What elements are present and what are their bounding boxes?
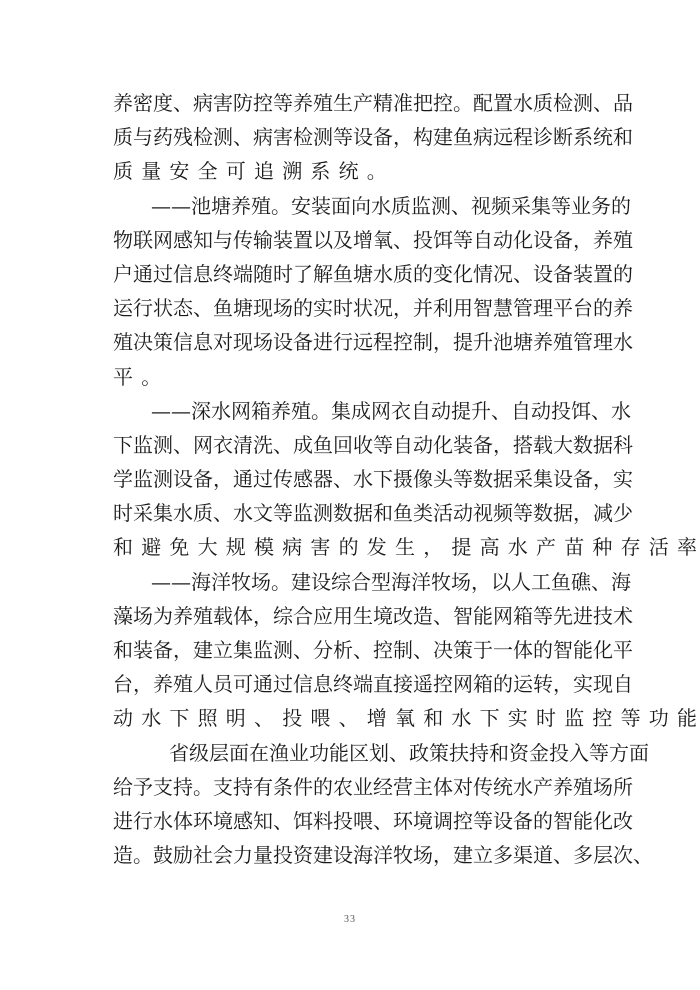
paragraph-intro-continuation: 养密度、病害防控等养殖生产精准把控。配置水质检测、品 质与药残检测、病害检测等设… [113,86,595,189]
document-page: 养密度、病害防控等养殖生产精准把控。配置水质检测、品 质与药残检测、病害检测等设… [0,0,700,990]
text-line: 和装备，建立集监测、分析、控制、决策于一体的智能化平 [113,633,595,667]
text-line: 运行状态、鱼塘现场的实时状况，并利用智慧管理平台的养 [113,291,595,325]
text-line: 时采集水质、水文等监测数据和鱼类活动视频等数据，减少 [113,496,595,530]
text-line: ——海洋牧场。建设综合型海洋牧场，以人工鱼礁、海 [113,565,595,599]
paragraph-pond-farming: ——池塘养殖。安装面向水质监测、视频采集等业务的 物联网感知与传输装置以及增氧、… [113,189,595,394]
text-line: 藻场为养殖载体，综合应用生境改造、智能网箱等先进技术 [113,599,595,633]
text-line: 质量安全可追溯系统。 [113,154,595,188]
text-line: 给予支持。支持有条件的农业经营主体对传统水产养殖场所 [113,770,595,804]
body-text: 养密度、病害防控等养殖生产精准把控。配置水质检测、品 质与药残检测、病害检测等设… [113,86,595,872]
text-line: 殖决策信息对现场设备进行远程控制，提升池塘养殖管理水 [113,325,595,359]
text-line: 进行水体环境感知、饵料投喂、环境调控等设备的智能化改 [113,804,595,838]
paragraph-marine-ranch: ——海洋牧场。建设综合型海洋牧场，以人工鱼礁、海 藻场为养殖载体，综合应用生境改… [113,565,595,736]
text-line: 造。鼓励社会力量投资建设海洋牧场，建立多渠道、多层次、 [113,838,595,872]
paragraph-provincial-support: 省级层面在渔业功能区划、政策扶持和资金投入等方面 给予支持。支持有条件的农业经营… [113,736,595,873]
text-line: ——池塘养殖。安装面向水质监测、视频采集等业务的 [113,189,595,223]
text-line: 户通过信息终端随时了解鱼塘水质的变化情况、设备装置的 [113,257,595,291]
text-line: ——深水网箱养殖。集成网衣自动提升、自动投饵、水 [113,394,595,428]
text-line: 平。 [113,360,595,394]
paragraph-deep-water-cage: ——深水网箱养殖。集成网衣自动提升、自动投饵、水 下监测、网衣清洗、成鱼回收等自… [113,394,595,565]
text-line: 物联网感知与传输装置以及增氧、投饵等自动化设备，养殖 [113,223,595,257]
text-line: 养密度、病害防控等养殖生产精准把控。配置水质检测、品 [113,86,595,120]
text-line: 动水下照明、投喂、增氧和水下实时监控等功能。 [113,701,595,735]
text-line: 省级层面在渔业功能区划、政策扶持和资金投入等方面 [113,736,595,770]
text-line: 学监测设备，通过传感器、水下摄像头等数据采集设备，实 [113,462,595,496]
text-line: 质与药残检测、病害检测等设备，构建鱼病远程诊断系统和 [113,120,595,154]
page-number: 33 [0,914,700,925]
text-line: 台，养殖人员可通过信息终端直接遥控网箱的运转，实现自 [113,667,595,701]
text-line: 和避免大规模病害的发生，提高水产苗种存活率。 [113,530,595,564]
text-line: 下监测、网衣清洗、成鱼回收等自动化装备，搭载大数据科 [113,428,595,462]
